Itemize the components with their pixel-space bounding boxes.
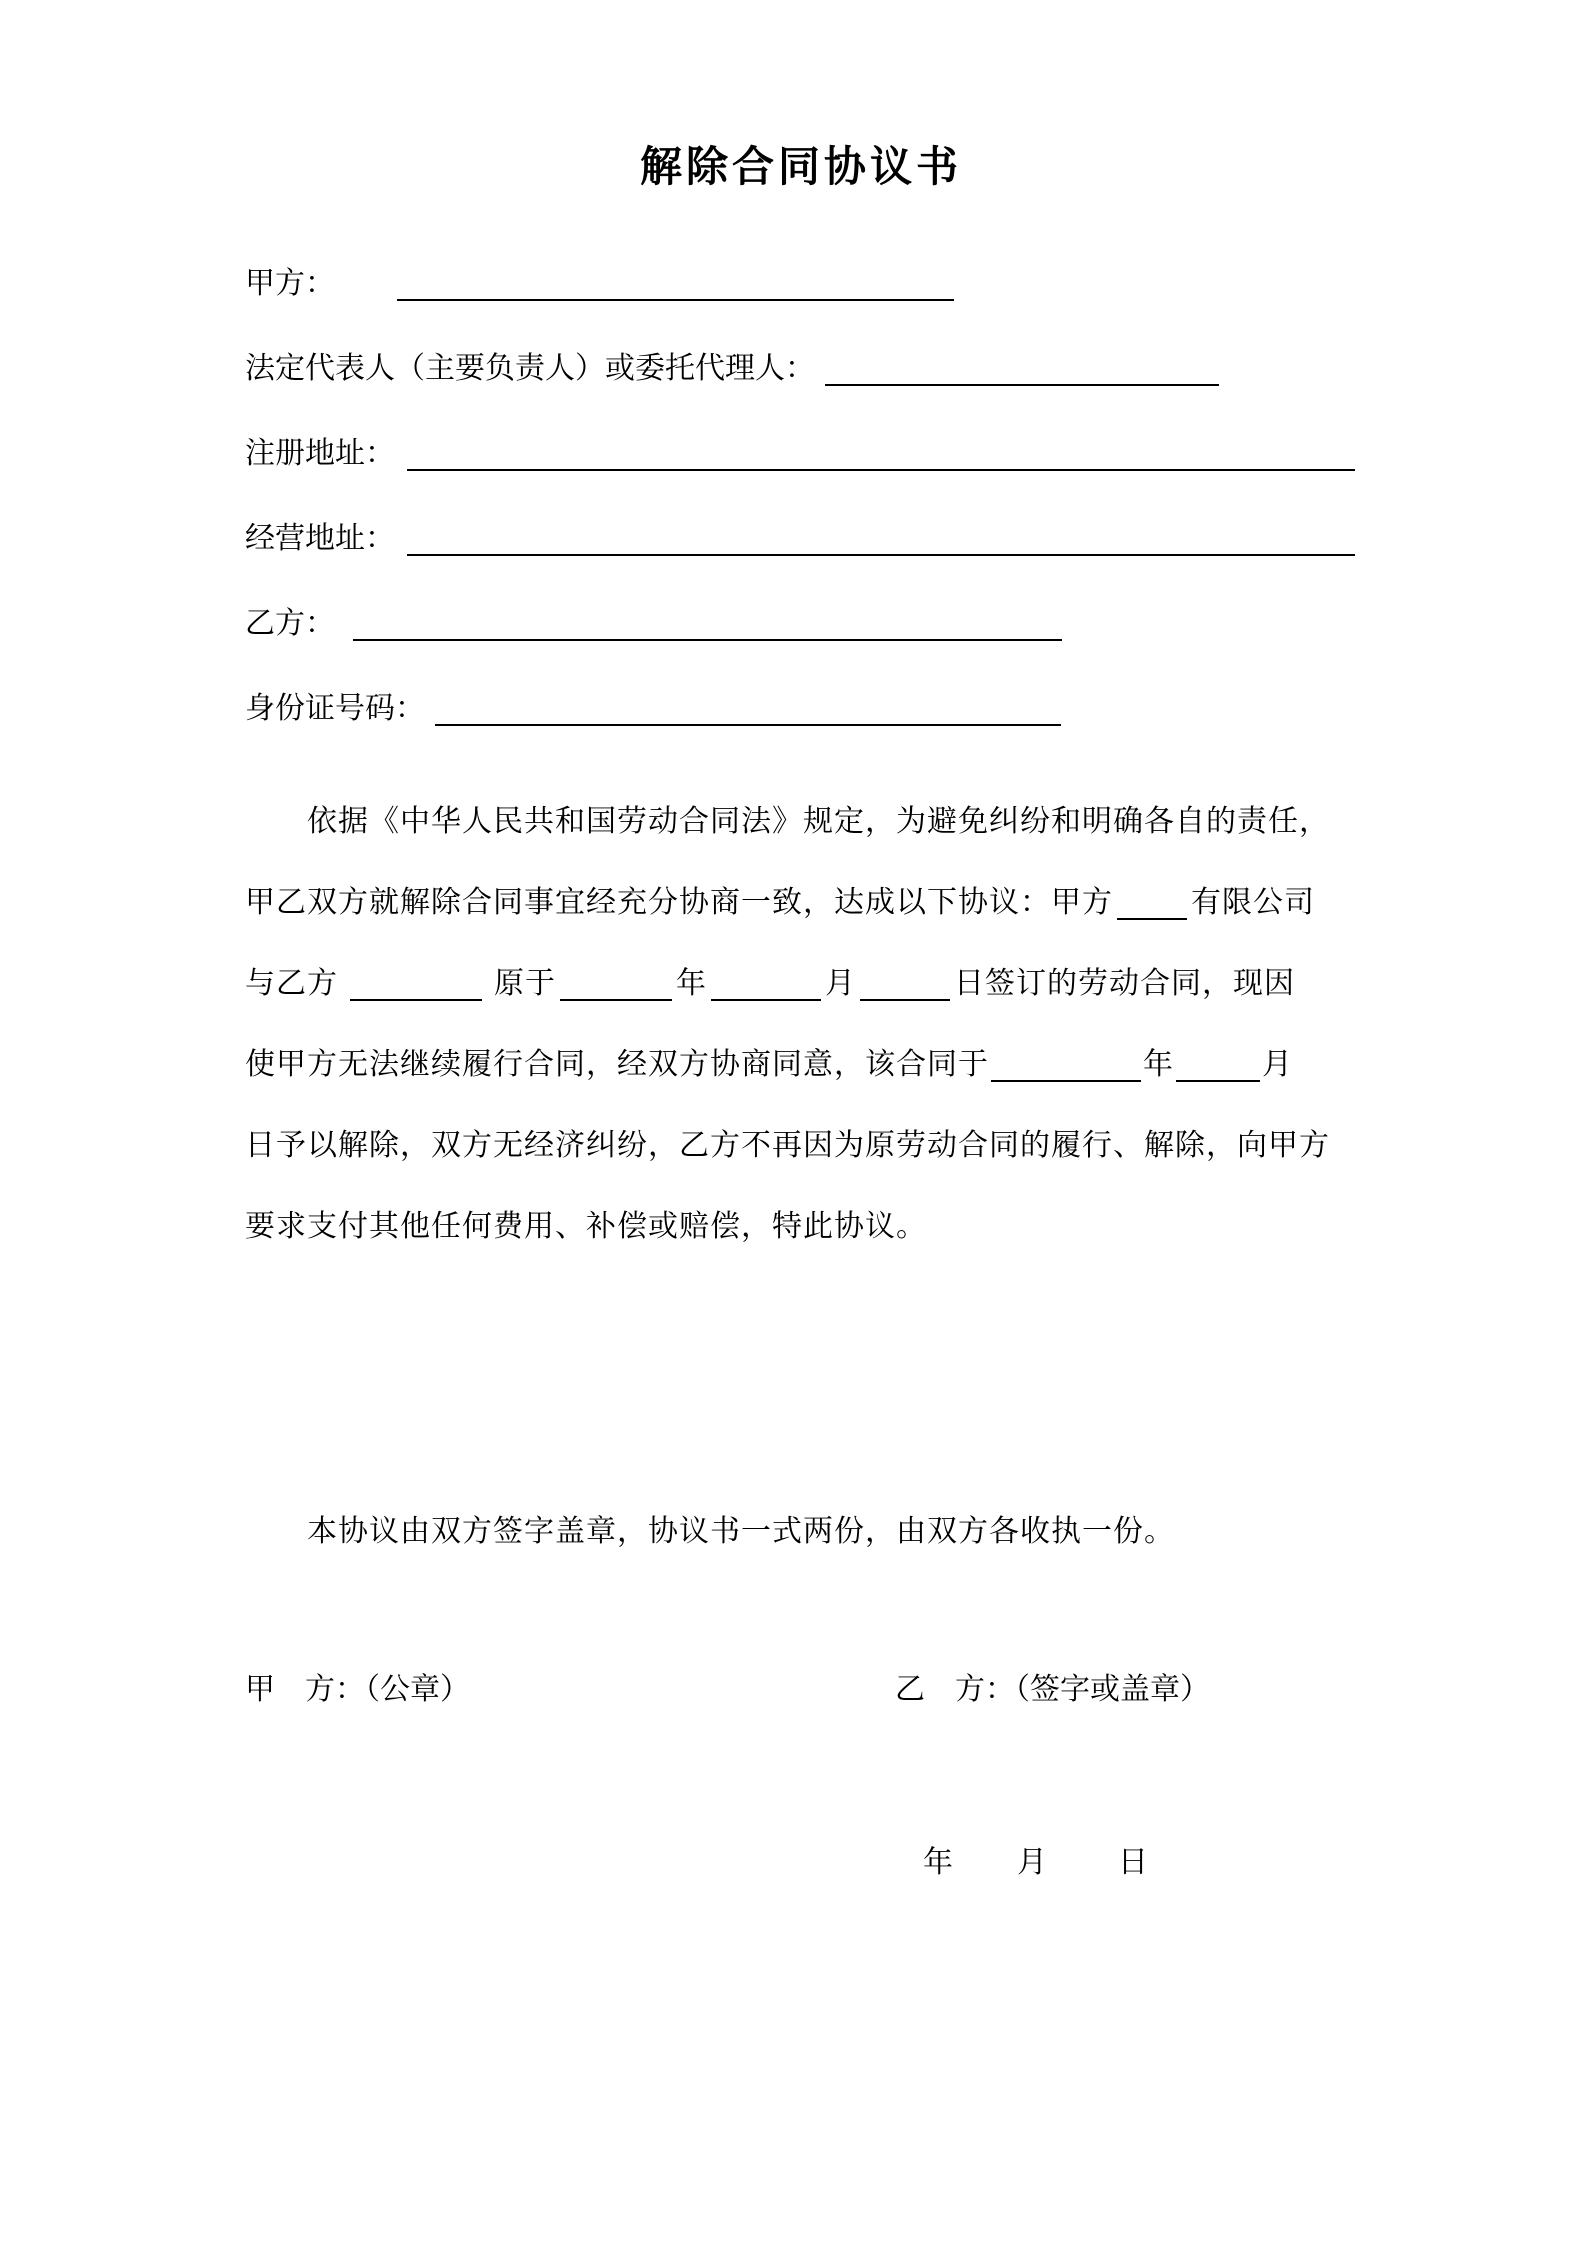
body-text: 年 — [676, 967, 707, 1000]
body-text: 月 — [825, 967, 856, 1000]
date-row: 年 月 日 — [245, 1843, 1357, 1883]
blank-underline-employee-name — [350, 999, 482, 1001]
blank-underline-sign-month — [711, 999, 821, 1001]
blank-underline-legal-rep — [825, 384, 1219, 386]
date-month-label: 月 — [1017, 1843, 1047, 1883]
body-text: 年 — [1143, 1048, 1174, 1081]
field-label-business-address: 经营地址： — [245, 522, 395, 555]
blank-underline-sign-day — [860, 999, 950, 1001]
body-text: 使甲方无法继续履行合同，经双方协商同意，该合同于 — [245, 1048, 989, 1081]
body-line-1: 依据《中华人民共和国劳动合同法》规定，为避免纠纷和明确各自的责任， — [245, 781, 1357, 862]
body-text: 月 — [1262, 1048, 1293, 1081]
field-label-id-number: 身份证号码： — [245, 692, 425, 725]
body-text: 有限公司 — [1191, 886, 1315, 919]
blank-underline-party-b — [353, 639, 1062, 641]
body-line-6: 要求支付其他任何费用、补偿或赔偿，特此协议。 — [245, 1186, 1357, 1267]
blank-underline-id-number — [435, 724, 1061, 726]
blank-underline-registered-address — [407, 469, 1355, 471]
blank-underline-sign-year — [560, 999, 672, 1001]
field-row-party-a: 甲方： — [245, 264, 1357, 304]
document-content: 解除合同协议书 甲方： 法定代表人（主要负责人）或委托代理人： 注册地址： 经营… — [245, 0, 1357, 1883]
fields-section: 甲方： 法定代表人（主要负责人）或委托代理人： 注册地址： 经营地址： 乙方： … — [245, 264, 1357, 729]
signature-row: 甲 方：（公章） 乙 方：（签字或盖章） — [245, 1670, 1357, 1710]
blank-underline-business-address — [407, 554, 1355, 556]
body-text: 日予以解除，双方无经济纠纷，乙方不再因为原劳动合同的履行、解除，向甲方 — [245, 1129, 1330, 1162]
field-row-business-address: 经营地址： — [245, 519, 1357, 559]
field-row-party-b: 乙方： — [245, 604, 1357, 644]
field-label-party-a: 甲方： — [245, 267, 335, 300]
body-line-4: 使甲方无法继续履行合同，经双方协商同意，该合同于年月 — [245, 1024, 1357, 1105]
signature-party-b: 乙 方：（签字或盖章） — [895, 1670, 1210, 1710]
field-label-registered-address: 注册地址： — [245, 437, 395, 470]
body-line-2: 甲乙双方就解除合同事宜经充分协商一致，达成以下协议：甲方有限公司 — [245, 862, 1357, 943]
document-page: 解除合同协议书 甲方： 法定代表人（主要负责人）或委托代理人： 注册地址： 经营… — [0, 0, 1587, 2245]
date-day-label: 日 — [1118, 1843, 1148, 1883]
blank-underline-party-a — [397, 299, 954, 301]
body-text: 与乙方 — [245, 967, 338, 1000]
body-text: 依据《中华人民共和国劳动合同法》规定，为避免纠纷和明确各自的责任， — [307, 805, 1330, 838]
body-line-3: 与乙方原于年月日签订的劳动合同，现因 — [245, 943, 1357, 1024]
date-year-label: 年 — [923, 1843, 953, 1883]
blank-underline-company-name — [1117, 918, 1187, 920]
body-section: 依据《中华人民共和国劳动合同法》规定，为避免纠纷和明确各自的责任， 甲乙双方就解… — [245, 781, 1357, 1267]
blank-underline-end-month — [1176, 1080, 1260, 1082]
closing-line: 本协议由双方签字盖章，协议书一式两份，由双方各收执一份。 — [245, 1491, 1357, 1572]
field-row-registered-address: 注册地址： — [245, 434, 1357, 474]
body-text: 原于 — [494, 967, 556, 1000]
body-line-5: 日予以解除，双方无经济纠纷，乙方不再因为原劳动合同的履行、解除，向甲方 — [245, 1105, 1357, 1186]
signature-party-a: 甲 方：（公章） — [245, 1673, 470, 1706]
field-label-legal-rep: 法定代表人（主要负责人）或委托代理人： — [245, 352, 815, 385]
field-label-party-b: 乙方： — [245, 607, 335, 640]
closing-text: 本协议由双方签字盖章，协议书一式两份，由双方各收执一份。 — [307, 1515, 1175, 1548]
field-row-legal-rep: 法定代表人（主要负责人）或委托代理人： — [245, 349, 1357, 389]
blank-underline-end-year — [991, 1080, 1141, 1082]
body-text: 日签订的劳动合同，现因 — [954, 967, 1295, 1000]
body-text: 甲乙双方就解除合同事宜经充分协商一致，达成以下协议：甲方 — [245, 886, 1113, 919]
field-row-id-number: 身份证号码： — [245, 689, 1357, 729]
document-title: 解除合同协议书 — [245, 0, 1357, 198]
body-text: 要求支付其他任何费用、补偿或赔偿，特此协议。 — [245, 1210, 927, 1243]
